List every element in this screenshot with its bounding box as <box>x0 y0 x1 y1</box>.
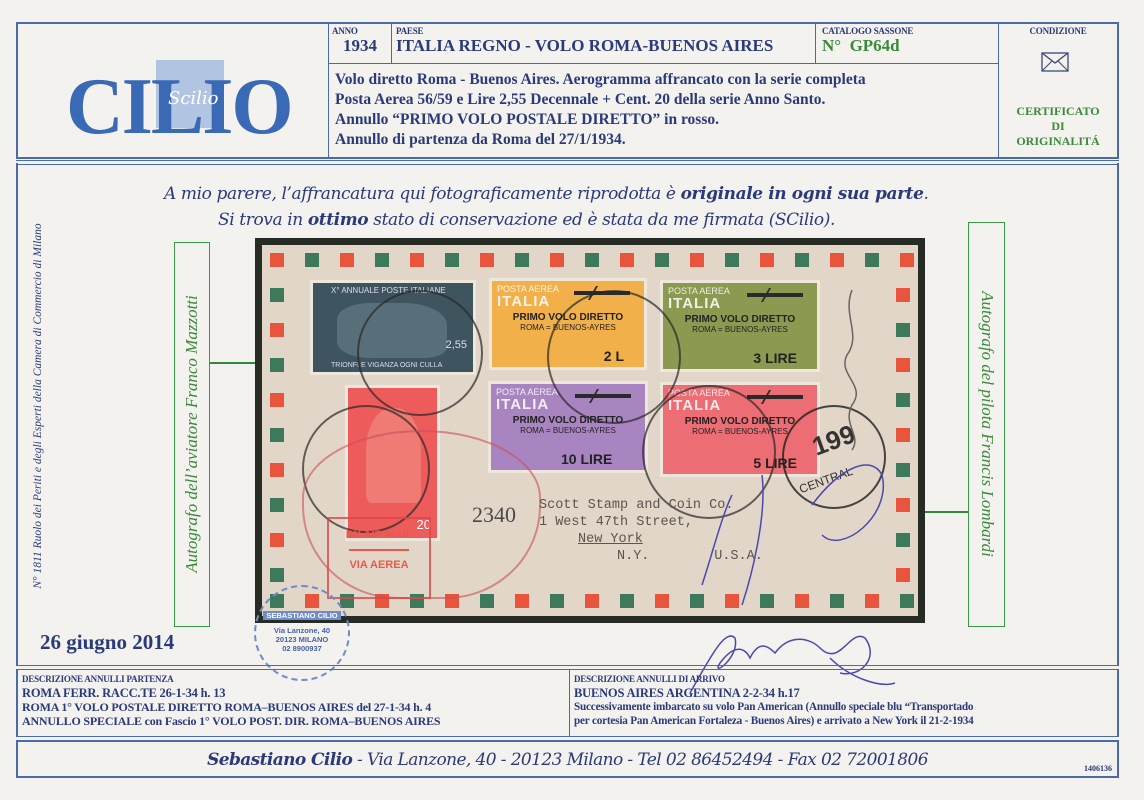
certificate-line: ORIGINALITÁ <box>999 134 1117 149</box>
footer-name: Sebastiano Cilio <box>207 750 352 770</box>
seal-address: Via Lanzone, 40 <box>256 626 348 635</box>
border-square <box>896 393 910 407</box>
border-square <box>270 288 284 302</box>
envelope-image: X° ANNUALE POSTE ITALIANE TRIONFI E VIGA… <box>255 238 925 623</box>
footer-code: 1406136 <box>1084 764 1112 773</box>
opinion-text: stato di conservazione ed è stata da me … <box>368 210 835 230</box>
border-square <box>515 253 529 267</box>
autograph-lombardi <box>822 285 882 455</box>
stamp-posta-aerea-3l: POSTA AEREA ITALIA PRIMO VOLO DIRETTO RO… <box>660 280 820 372</box>
stamp-overprint: ROMA = BUENOS-AYRES <box>491 426 645 435</box>
opinion-emphasis: originale in ogni sua parte <box>681 184 924 204</box>
border-square <box>480 253 494 267</box>
anno-value: 1934 <box>329 36 391 56</box>
annullo-line: ANNULLO SPECIALE con Fascio 1° VOLO POST… <box>22 714 569 728</box>
plane-icon <box>747 293 803 297</box>
opinion-text: A mio parere, l’affrancatura qui fotogra… <box>164 184 681 204</box>
border-square <box>480 594 494 608</box>
border-square <box>270 498 284 512</box>
description-line: Posta Aerea 56/59 e Lire 2,55 Decennale … <box>335 90 998 110</box>
catalogo-label: CATALOGO SASSONE <box>822 26 998 36</box>
description-line: Annullo “PRIMO VOLO POSTALE DIRETTO” in … <box>335 110 998 130</box>
airmail-label-text: BY AIR MAIL <box>329 529 429 541</box>
border-square <box>655 253 669 267</box>
border-square <box>900 253 914 267</box>
autograph-mazzotti-signature <box>512 435 925 623</box>
border-square <box>305 253 319 267</box>
paese-label: PAESE <box>396 26 815 36</box>
border-square <box>725 253 739 267</box>
annulli-partenza-label: DESCRIZIONE ANNULLI PARTENZA <box>22 674 569 684</box>
opinion-text: Si trova in <box>218 210 308 230</box>
catalogo-value: N° GP64d <box>822 36 998 56</box>
plane-icon <box>747 395 803 399</box>
footer-details: - Via Lanzone, 40 - 20123 Milano - Tel 0… <box>352 750 928 770</box>
anno-label: ANNO <box>332 26 391 36</box>
border-square <box>865 253 879 267</box>
certificate-title: CERTIFICATO DI ORIGINALITÁ <box>999 104 1117 149</box>
autograph-label-right-text: Autografo del pilota Francis Lombardi <box>977 291 997 557</box>
border-square <box>896 288 910 302</box>
airmail-label-text: VIA AEREA <box>329 559 429 571</box>
stamp-text: ITALIA <box>668 295 817 312</box>
description-cell: Volo diretto Roma - Buenos Aires. Aerogr… <box>328 64 998 157</box>
border-square <box>445 253 459 267</box>
border-square <box>270 358 284 372</box>
stamp-value: 3 LIRE <box>753 350 797 366</box>
border-square <box>270 253 284 267</box>
paese-cell: PAESE ITALIA REGNO - VOLO ROMA-BUENOS AI… <box>391 24 815 64</box>
border-square <box>896 358 910 372</box>
opinion-text: . <box>924 184 929 204</box>
wings-icon <box>349 549 409 551</box>
footer-contact: Sebastiano Cilio - Via Lanzone, 40 - 201… <box>18 750 1117 770</box>
certificate-line: CERTIFICATO <box>999 104 1117 119</box>
stamp-overprint: PRIMO VOLO DIRETTO <box>663 314 817 325</box>
border-square <box>270 323 284 337</box>
border-square <box>620 253 634 267</box>
opinion-line-1: A mio parere, l’affrancatura qui fotogra… <box>164 184 929 204</box>
condizione-cell: CONDIZIONE CERTIFICATO DI ORIGINALITÁ <box>998 24 1117 157</box>
border-square <box>830 253 844 267</box>
annulli-partenza: DESCRIZIONE ANNULLI PARTENZA ROMA FERR. … <box>16 669 570 736</box>
annullo-line: Successivamente imbarcato su volo Pan Am… <box>574 700 1117 714</box>
border-square <box>270 568 284 582</box>
border-square <box>410 253 424 267</box>
condizione-label: CONDIZIONE <box>999 26 1117 36</box>
border-square <box>690 253 704 267</box>
border-square <box>795 253 809 267</box>
annullo-line: BUENOS AIRES ARGENTINA 2-2-34 h.17 <box>574 686 1117 700</box>
border-square <box>896 323 910 337</box>
logo-signature: Scilio <box>168 88 219 109</box>
annulli-arrivo-label: DESCRIZIONE ANNULLI DI ARRIVO <box>574 674 1117 684</box>
annullo-line: ROMA FERR. RACC.TE 26-1-34 h. 13 <box>22 686 569 700</box>
logo: CILIO Scilio <box>18 24 327 157</box>
certificate-line: DI <box>999 119 1117 134</box>
handwritten-number: 2340 <box>472 502 516 528</box>
border-square <box>270 428 284 442</box>
seal-name: SEBASTIANO CILIO <box>263 611 340 620</box>
seal-address: 20123 MILANO <box>256 635 348 644</box>
opinion-emphasis: ottimo <box>308 210 368 230</box>
postmark <box>357 290 483 416</box>
border-square <box>270 393 284 407</box>
border-square <box>270 533 284 547</box>
border-square <box>760 253 774 267</box>
border-square <box>550 253 564 267</box>
registry-note: N° 1811 Ruolo dei Periti e degli Esperti… <box>32 166 44 646</box>
annullo-line: ROMA 1° VOLO POSTALE DIRETTO ROMA–BUENOS… <box>22 700 569 714</box>
border-square <box>585 253 599 267</box>
anno-cell: ANNO 1934 <box>328 24 391 64</box>
footer: Sebastiano Cilio - Via Lanzone, 40 - 201… <box>16 741 1119 778</box>
border-square <box>375 253 389 267</box>
autograph-label-left-text: Autografo dell’aviatore Franco Mazzotti <box>182 295 202 572</box>
border-square <box>340 253 354 267</box>
stamp-overprint: ROMA = BUENOS-AYRES <box>663 325 817 334</box>
paese-value: ITALIA REGNO - VOLO ROMA-BUENOS AIRES <box>396 36 815 56</box>
description-line: Annullo di partenza da Roma del 27/1/193… <box>335 130 998 150</box>
envelope-icon <box>1041 52 1069 72</box>
seal-phone: 02 8900937 <box>256 644 348 653</box>
description-line: Volo diretto Roma - Buenos Aires. Aerogr… <box>335 70 998 90</box>
catalogo-cell: CATALOGO SASSONE N° GP64d <box>815 24 998 64</box>
border-square <box>270 463 284 477</box>
annullo-line: per cortesia Pan American Fortaleza - Bu… <box>574 714 1117 728</box>
certificate-date: 26 giugno 2014 <box>40 630 174 655</box>
annulli-arrivo: DESCRIZIONE ANNULLI DI ARRIVO BUENOS AIR… <box>570 669 1119 736</box>
opinion-line-2: Si trova in ottimo stato di conservazion… <box>218 210 835 230</box>
